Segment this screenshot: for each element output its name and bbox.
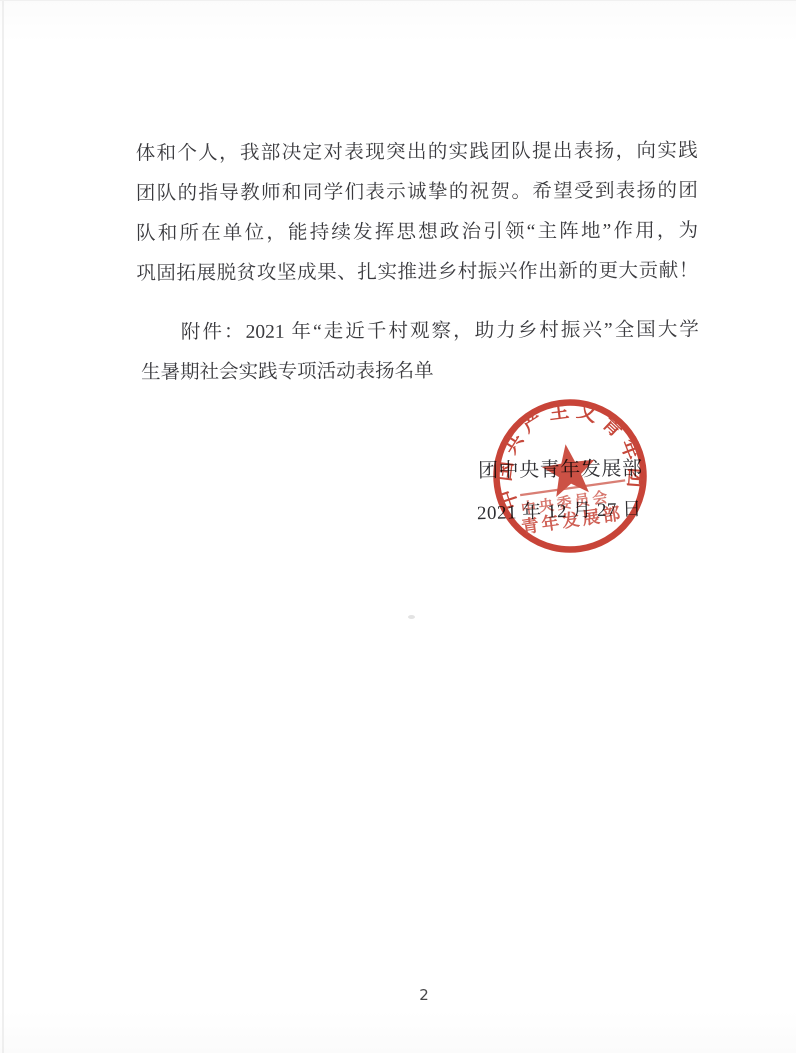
- official-seal-graphic: 中国共产主义青年团 中央委员会 青年发展部: [490, 396, 650, 556]
- body-paragraph: 体和个人，我部决定对表现突出的实践团队提出表扬，向实践 团队的指导教师和同学们表…: [136, 132, 699, 295]
- scanned-page: 体和个人，我部决定对表现突出的实践团队提出表扬，向实践 团队的指导教师和同学们表…: [0, 0, 796, 1053]
- attachment-line-1: 附件：2021 年“走近千村观察，助力乡村振兴”全国大学: [141, 311, 699, 354]
- official-seal: 中国共产主义青年团 中央委员会 青年发展部: [490, 396, 650, 556]
- page-number: 2: [394, 986, 454, 1004]
- body-line-2: 团队的指导教师和同学们表示诚挚的祝贺。希望受到表扬的团: [136, 172, 698, 215]
- scan-edge-artifact-left: [2, 0, 4, 1053]
- attachment-line-2: 生暑期社会实践专项活动表扬名单: [141, 351, 699, 394]
- seal-star-icon: [539, 441, 599, 499]
- attachment-paragraph: 附件：2021 年“走近千村观察，助力乡村振兴”全国大学 生暑期社会实践专项活动…: [141, 311, 699, 394]
- scan-speck: [408, 615, 415, 619]
- body-line-3: 队和所在单位，能持续发挥思想政治引领“主阵地”作用，为: [136, 212, 698, 255]
- scan-edge-artifact-top: [0, 0, 796, 1]
- body-line-1: 体和个人，我部决定对表现突出的实践团队提出表扬，向实践: [136, 132, 698, 175]
- body-line-4: 巩固拓展脱贫攻坚成果、扎实推进乡村振兴作出新的更大贡献！: [136, 252, 698, 295]
